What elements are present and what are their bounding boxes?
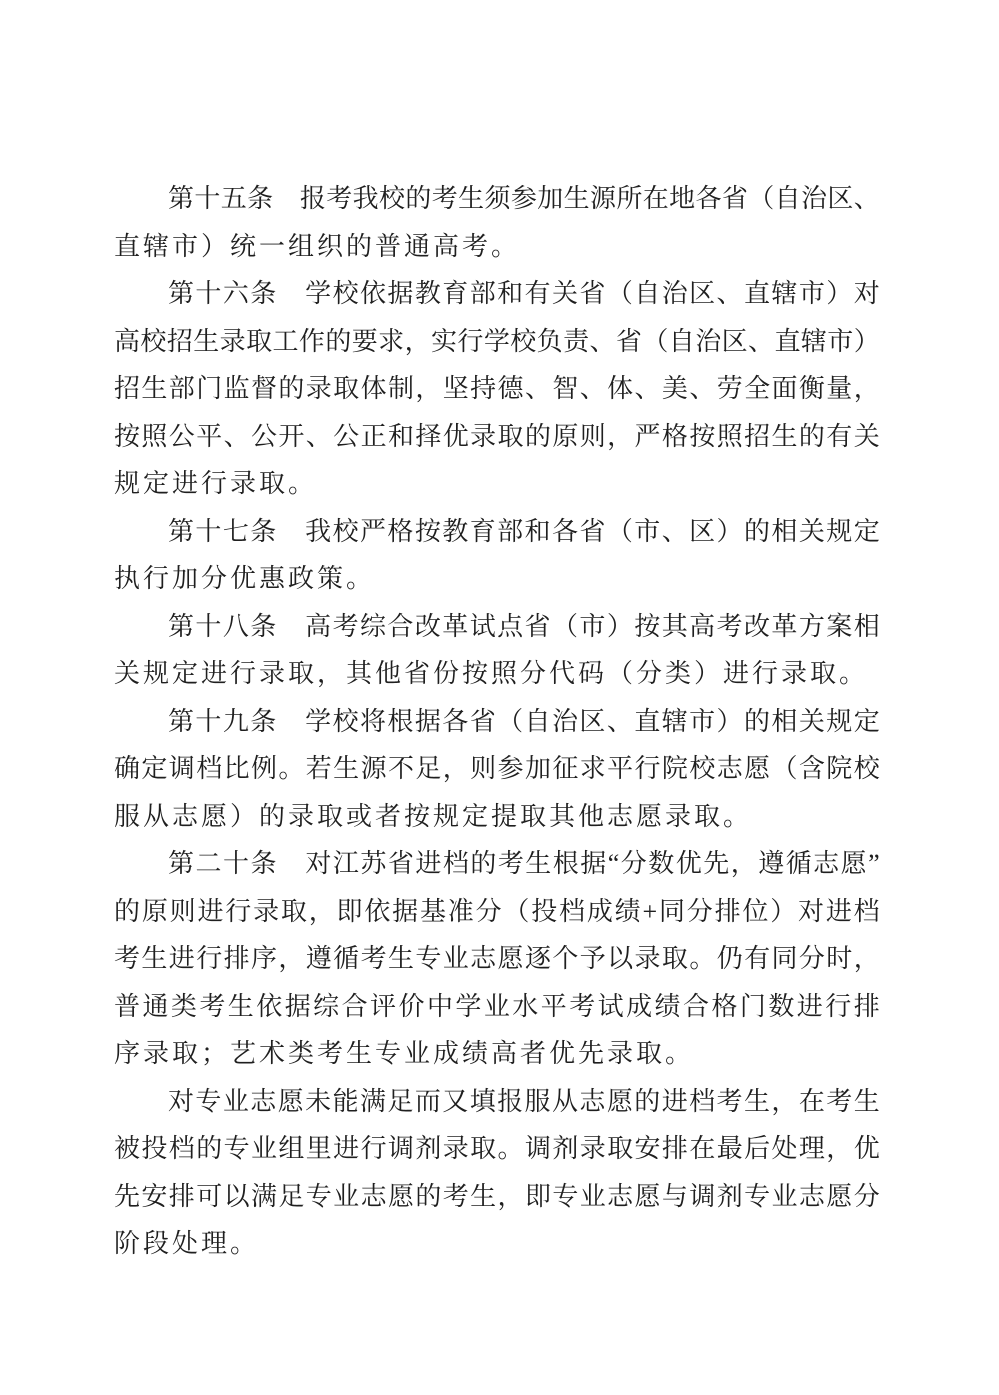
- text-line: 直辖市）统一组织的普通高考。: [114, 223, 880, 271]
- text-line: 考生进行排序，遵循考生专业志愿逐个予以录取。仍有同分时，: [114, 935, 880, 983]
- text-line: 按照公平、公开、公正和择优录取的原则，严格按照招生的有关: [114, 413, 880, 461]
- document-body: 第十五条 报考我校的考生须参加生源所在地各省（自治区、 直辖市）统一组织的普通高…: [114, 175, 880, 1268]
- text-line: 被投档的专业组里进行调剂录取。调剂录取安排在最后处理，优: [114, 1125, 880, 1173]
- text-line: 服从志愿）的录取或者按规定提取其他志愿录取。: [114, 793, 880, 841]
- paragraph-article-19: 第十九条 学校将根据各省（自治区、直辖市）的相关规定 确定调档比例。若生源不足，…: [114, 698, 880, 841]
- document-page: 第十五条 报考我校的考生须参加生源所在地各省（自治区、 直辖市）统一组织的普通高…: [0, 0, 999, 1395]
- text-line: 对专业志愿未能满足而又填报服从志愿的进档考生，在考生: [114, 1078, 880, 1126]
- text-line: 执行加分优惠政策。: [114, 555, 880, 603]
- paragraph-article-20: 第二十条 对江苏省进档的考生根据“分数优先，遵循志愿” 的原则进行录取，即依据基…: [114, 840, 880, 1078]
- text-line: 第十五条 报考我校的考生须参加生源所在地各省（自治区、: [114, 175, 880, 223]
- paragraph-article-16: 第十六条 学校依据教育部和有关省（自治区、直辖市）对 高校招生录取工作的要求，实…: [114, 270, 880, 508]
- text-line: 关规定进行录取，其他省份按照分代码（分类）进行录取。: [114, 650, 880, 698]
- text-line: 普通类考生依据综合评价中学业水平考试成绩合格门数进行排: [114, 983, 880, 1031]
- text-line: 的原则进行录取，即依据基准分（投档成绩+同分排位）对进档: [114, 888, 880, 936]
- paragraph-article-15: 第十五条 报考我校的考生须参加生源所在地各省（自治区、 直辖市）统一组织的普通高…: [114, 175, 880, 270]
- text-line: 先安排可以满足专业志愿的考生，即专业志愿与调剂专业志愿分: [114, 1173, 880, 1221]
- paragraph-article-18: 第十八条 高考综合改革试点省（市）按其高考改革方案相 关规定进行录取，其他省份按…: [114, 603, 880, 698]
- paragraph-article-17: 第十七条 我校严格按教育部和各省（市、区）的相关规定 执行加分优惠政策。: [114, 508, 880, 603]
- text-line: 序录取；艺术类考生专业成绩高者优先录取。: [114, 1030, 880, 1078]
- text-line: 第十八条 高考综合改革试点省（市）按其高考改革方案相: [114, 603, 880, 651]
- text-line: 第十六条 学校依据教育部和有关省（自治区、直辖市）对: [114, 270, 880, 318]
- text-line: 第十七条 我校严格按教育部和各省（市、区）的相关规定: [114, 508, 880, 556]
- text-line: 阶段处理。: [114, 1220, 880, 1268]
- text-line: 招生部门监督的录取体制，坚持德、智、体、美、劳全面衡量，: [114, 365, 880, 413]
- text-line: 确定调档比例。若生源不足，则参加征求平行院校志愿（含院校: [114, 745, 880, 793]
- text-line: 第十九条 学校将根据各省（自治区、直辖市）的相关规定: [114, 698, 880, 746]
- text-line: 第二十条 对江苏省进档的考生根据“分数优先，遵循志愿”: [114, 840, 880, 888]
- text-line: 规定进行录取。: [114, 460, 880, 508]
- paragraph-article-20-continuation: 对专业志愿未能满足而又填报服从志愿的进档考生，在考生 被投档的专业组里进行调剂录…: [114, 1078, 880, 1268]
- text-line: 高校招生录取工作的要求，实行学校负责、省（自治区、直辖市）: [114, 318, 880, 366]
